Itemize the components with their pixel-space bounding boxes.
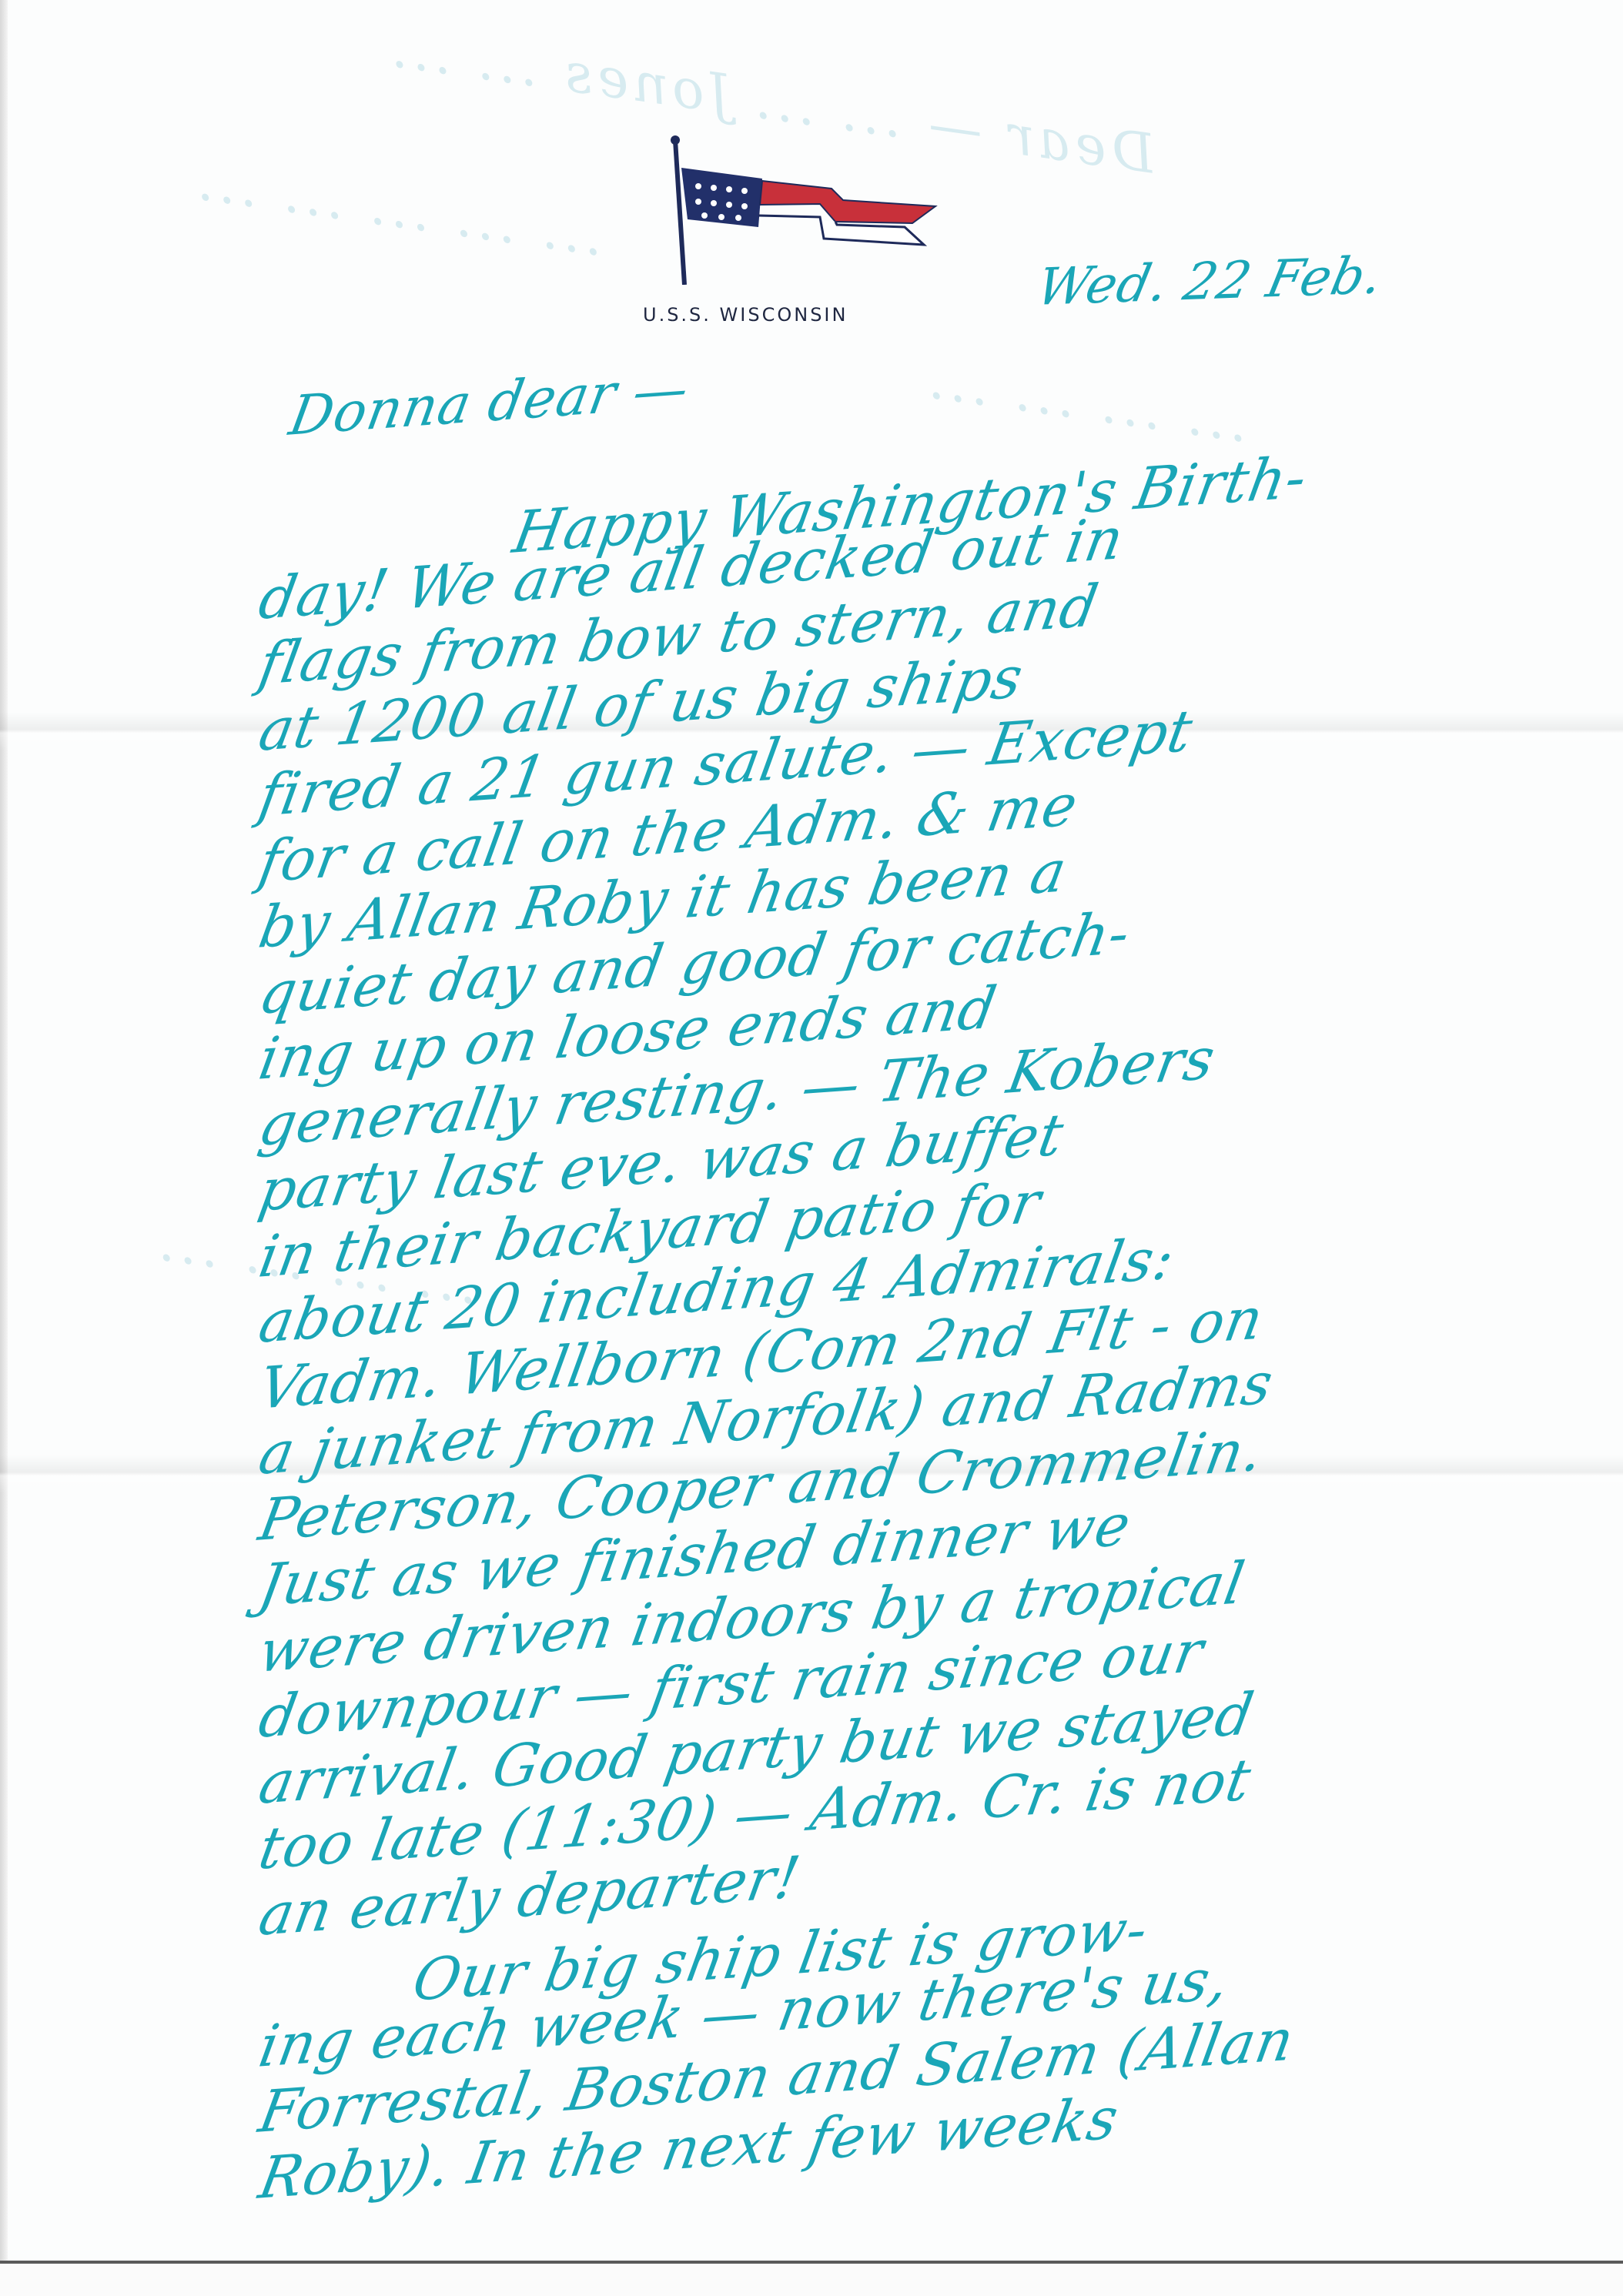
bleed-through-line: ... ... ... ... ... [190, 149, 608, 269]
scan-left-edge [0, 0, 8, 2263]
letter-date: Wed. 22 Feb. [1032, 246, 1388, 317]
pennant-flag-icon [658, 131, 966, 285]
letter-page: Dear — ... ... Jones ... ... ... ... ...… [0, 0, 1623, 2263]
letterhead: U.S.S. WISCONSIN [643, 131, 966, 331]
salutation: Donna dear — [285, 356, 694, 448]
scan-bottom-edge [0, 2261, 1623, 2296]
ship-name: U.S.S. WISCONSIN [643, 304, 848, 326]
bleed-through-line: ... ... ... ... [921, 347, 1253, 455]
